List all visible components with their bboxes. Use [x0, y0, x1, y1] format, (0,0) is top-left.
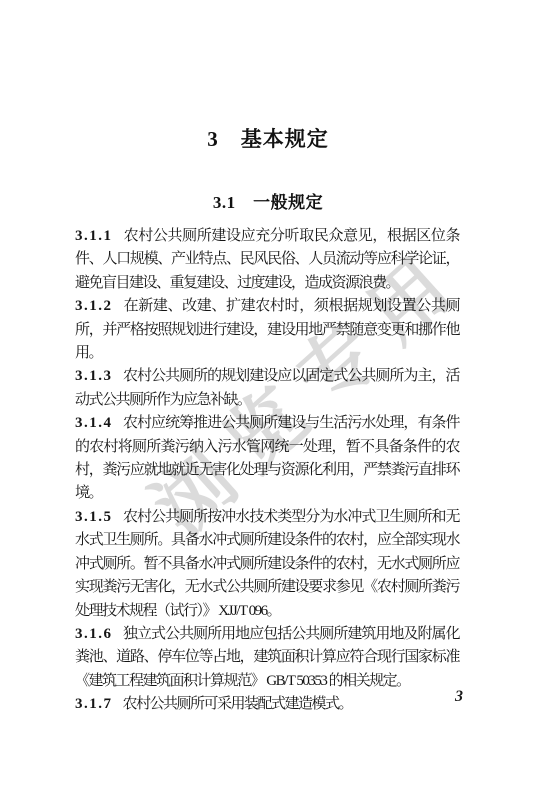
clause-list: 3.1.1农村公共厕所建设应充分听取民众意见，根据区位条件、人口规模、产业特点、…: [75, 225, 459, 717]
clause-text: 农村公共厕所按冲水技术类型分为水冲式卫生厕所和无水式卫生厕所。具备水冲式厕所建设…: [75, 509, 459, 619]
clause-paragraph: 3.1.4农村应统筹推进公共厕所建设与生活污水处理，有条件的农村将厕所粪污纳入污…: [75, 412, 459, 506]
clause-number: 3.1.2: [75, 298, 113, 314]
clause-number: 3.1.3: [75, 368, 113, 384]
clause-text: 农村应统筹推进公共厕所建设与生活污水处理，有条件的农村将厕所粪污纳入污水管网统一…: [75, 415, 459, 501]
clause-text: 独立式公共厕所用地应包括公共厕所建筑用地及附属化粪池、道路、停车位等占地，建筑面…: [75, 626, 459, 689]
clause-text: 农村公共厕所的规划建设应以固定式公共厕所为主，活动式公共厕所作为应急补缺。: [75, 368, 459, 407]
clause-paragraph: 3.1.2在新建、改建、扩建农村时，须根据规划设置公共厕所，并严格按照规划进行建…: [75, 295, 459, 365]
document-page: 浏览专用 3 基本规定 3.1 一般规定 3.1.1农村公共厕所建设应充分听取民…: [0, 0, 551, 790]
page-number: 3: [75, 688, 463, 706]
clause-text: 在新建、改建、扩建农村时，须根据规划设置公共厕所，并严格按照规划进行建设，建设用…: [75, 298, 459, 361]
clause-text: 农村公共厕所建设应充分听取民众意见，根据区位条件、人口规模、产业特点、民风民俗、…: [75, 228, 459, 291]
clause-number: 3.1.4: [75, 415, 113, 431]
section-title: 3.1 一般规定: [75, 188, 461, 213]
clause-paragraph: 3.1.6独立式公共厕所用地应包括公共厕所建筑用地及附属化粪池、道路、停车位等占…: [75, 623, 459, 693]
clause-number: 3.1.1: [75, 228, 113, 244]
chapter-title: 3 基本规定: [75, 123, 461, 153]
clause-paragraph: 3.1.1农村公共厕所建设应充分听取民众意见，根据区位条件、人口规模、产业特点、…: [75, 225, 459, 295]
clause-paragraph: 3.1.5农村公共厕所按冲水技术类型分为水冲式卫生厕所和无水式卫生厕所。具备水冲…: [75, 506, 459, 623]
clause-paragraph: 3.1.3农村公共厕所的规划建设应以固定式公共厕所为主，活动式公共厕所作为应急补…: [75, 365, 459, 412]
clause-number: 3.1.6: [75, 626, 113, 642]
clause-number: 3.1.5: [75, 509, 113, 525]
